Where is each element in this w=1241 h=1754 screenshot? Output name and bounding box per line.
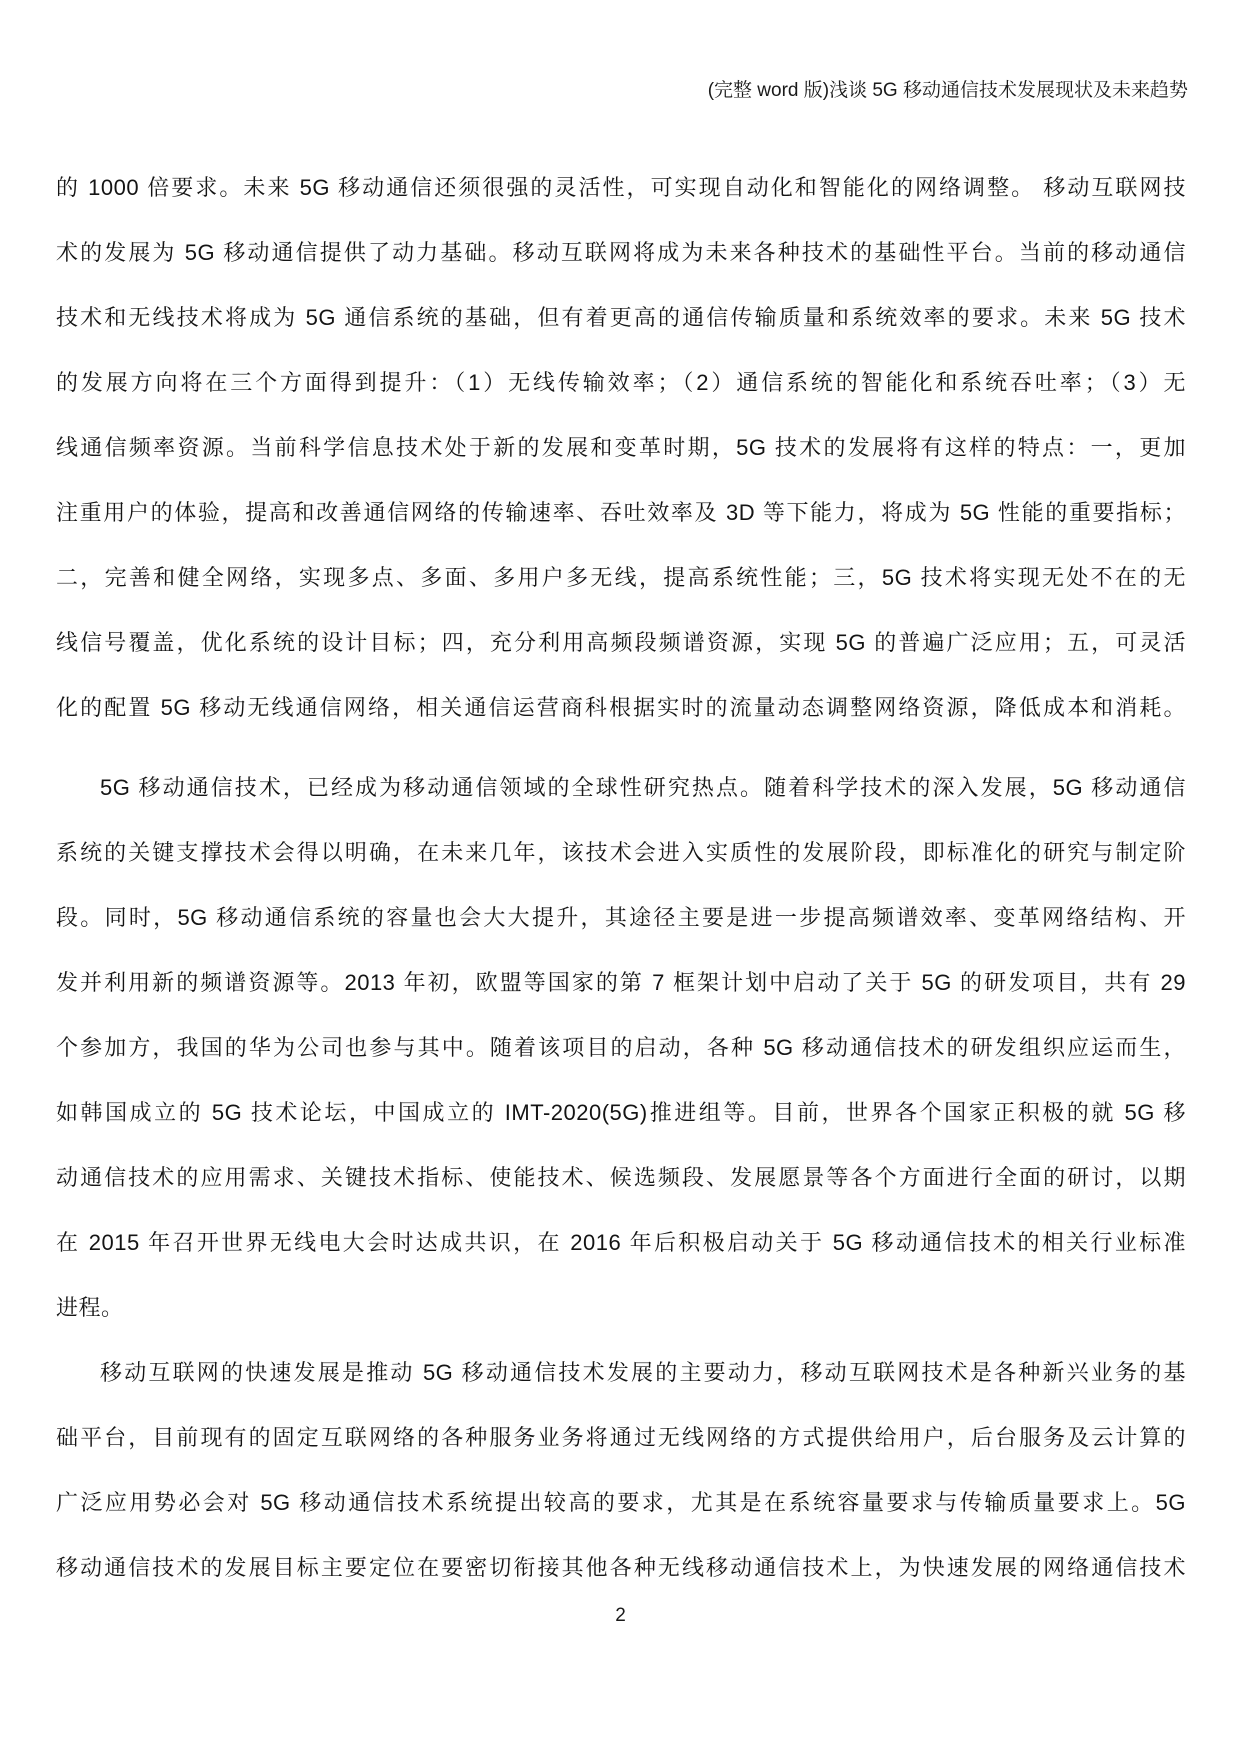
text-line: 础平台，目前现有的固定互联网络的各种服务业务将通过无线网络的方式提供给用户，后台… xyxy=(56,1405,1186,1470)
text-line: 如韩国成立的 5G 技术论坛，中国成立的 IMT-2020(5G)推进组等。目前… xyxy=(56,1080,1186,1145)
text-line: 注重用户的体验，提高和改善通信网络的传输速率、吞吐效率及 3D 等下能力，将成为… xyxy=(56,480,1186,545)
text-line: 5G 移动通信技术，已经成为移动通信领域的全球性研究热点。随着科学技术的深入发展… xyxy=(56,755,1186,820)
text-line: 二，完善和健全网络，实现多点、多面、多用户多无线，提高系统性能；三，5G 技术将… xyxy=(56,545,1186,610)
text-line: 移动通信技术的发展目标主要定位在要密切衔接其他各种无线移动通信技术上，为快速发展… xyxy=(56,1535,1186,1600)
text-line: 技术和无线技术将成为 5G 通信系统的基础，但有着更高的通信传输质量和系统效率的… xyxy=(56,285,1186,350)
paragraph-1: 的 1000 倍要求。未来 5G 移动通信还须很强的灵活性，可实现自动化和智能化… xyxy=(56,155,1186,740)
document-body: 的 1000 倍要求。未来 5G 移动通信还须很强的灵活性，可实现自动化和智能化… xyxy=(56,155,1186,1600)
text-line: 线信号覆盖，优化系统的设计目标；四，充分利用高频段频谱资源，实现 5G 的普遍广… xyxy=(56,610,1186,675)
page-footer: 2 xyxy=(0,1600,1241,1632)
text-line: 术的发展为 5G 移动通信提供了动力基础。移动互联网将成为未来各种技术的基础性平… xyxy=(56,220,1186,285)
page-header: (完整 word 版)浅谈 5G 移动通信技术发展现状及未来趋势 xyxy=(56,79,1188,103)
text-line: 的发展方向将在三个方面得到提升：（1）无线传输效率；（2）通信系统的智能化和系统… xyxy=(56,350,1186,415)
text-line: 化的配置 5G 移动无线通信网络，相关通信运营商科根据实时的流量动态调整网络资源… xyxy=(56,675,1186,740)
text-line: 广泛应用势必会对 5G 移动通信技术系统提出较高的要求，尤其是在系统容量要求与传… xyxy=(56,1470,1186,1535)
paragraph-2: 5G 移动通信技术，已经成为移动通信领域的全球性研究热点。随着科学技术的深入发展… xyxy=(56,755,1186,1340)
text-line: 的 1000 倍要求。未来 5G 移动通信还须很强的灵活性，可实现自动化和智能化… xyxy=(56,155,1186,220)
header-title: (完整 word 版)浅谈 5G 移动通信技术发展现状及未来趋势 xyxy=(708,80,1188,101)
paragraph-3: 移动互联网的快速发展是推动 5G 移动通信技术发展的主要动力，移动互联网技术是各… xyxy=(56,1340,1186,1600)
text-line: 线通信频率资源。当前科学信息技术处于新的发展和变革时期，5G 技术的发展将有这样… xyxy=(56,415,1186,480)
text-line: 进程。 xyxy=(56,1275,1186,1340)
document-page: (完整 word 版)浅谈 5G 移动通信技术发展现状及未来趋势 的 1000 … xyxy=(0,0,1241,1754)
text-line: 段。同时，5G 移动通信系统的容量也会大大提升，其途径主要是进一步提高频谱效率、… xyxy=(56,885,1186,950)
text-line: 移动互联网的快速发展是推动 5G 移动通信技术发展的主要动力，移动互联网技术是各… xyxy=(56,1340,1186,1405)
text-line: 系统的关键支撑技术会得以明确，在未来几年，该技术会进入实质性的发展阶段，即标准化… xyxy=(56,820,1186,885)
text-line: 发并利用新的频谱资源等。2013 年初，欧盟等国家的第 7 框架计划中启动了关于… xyxy=(56,950,1186,1015)
text-line: 个参加方，我国的华为公司也参与其中。随着该项目的启动，各种 5G 移动通信技术的… xyxy=(56,1015,1186,1080)
text-line: 动通信技术的应用需求、关键技术指标、使能技术、候选频段、发展愿景等各个方面进行全… xyxy=(56,1145,1186,1210)
text-line: 在 2015 年召开世界无线电大会时达成共识，在 2016 年后积极启动关于 5… xyxy=(56,1210,1186,1275)
page-number: 2 xyxy=(615,1605,626,1626)
